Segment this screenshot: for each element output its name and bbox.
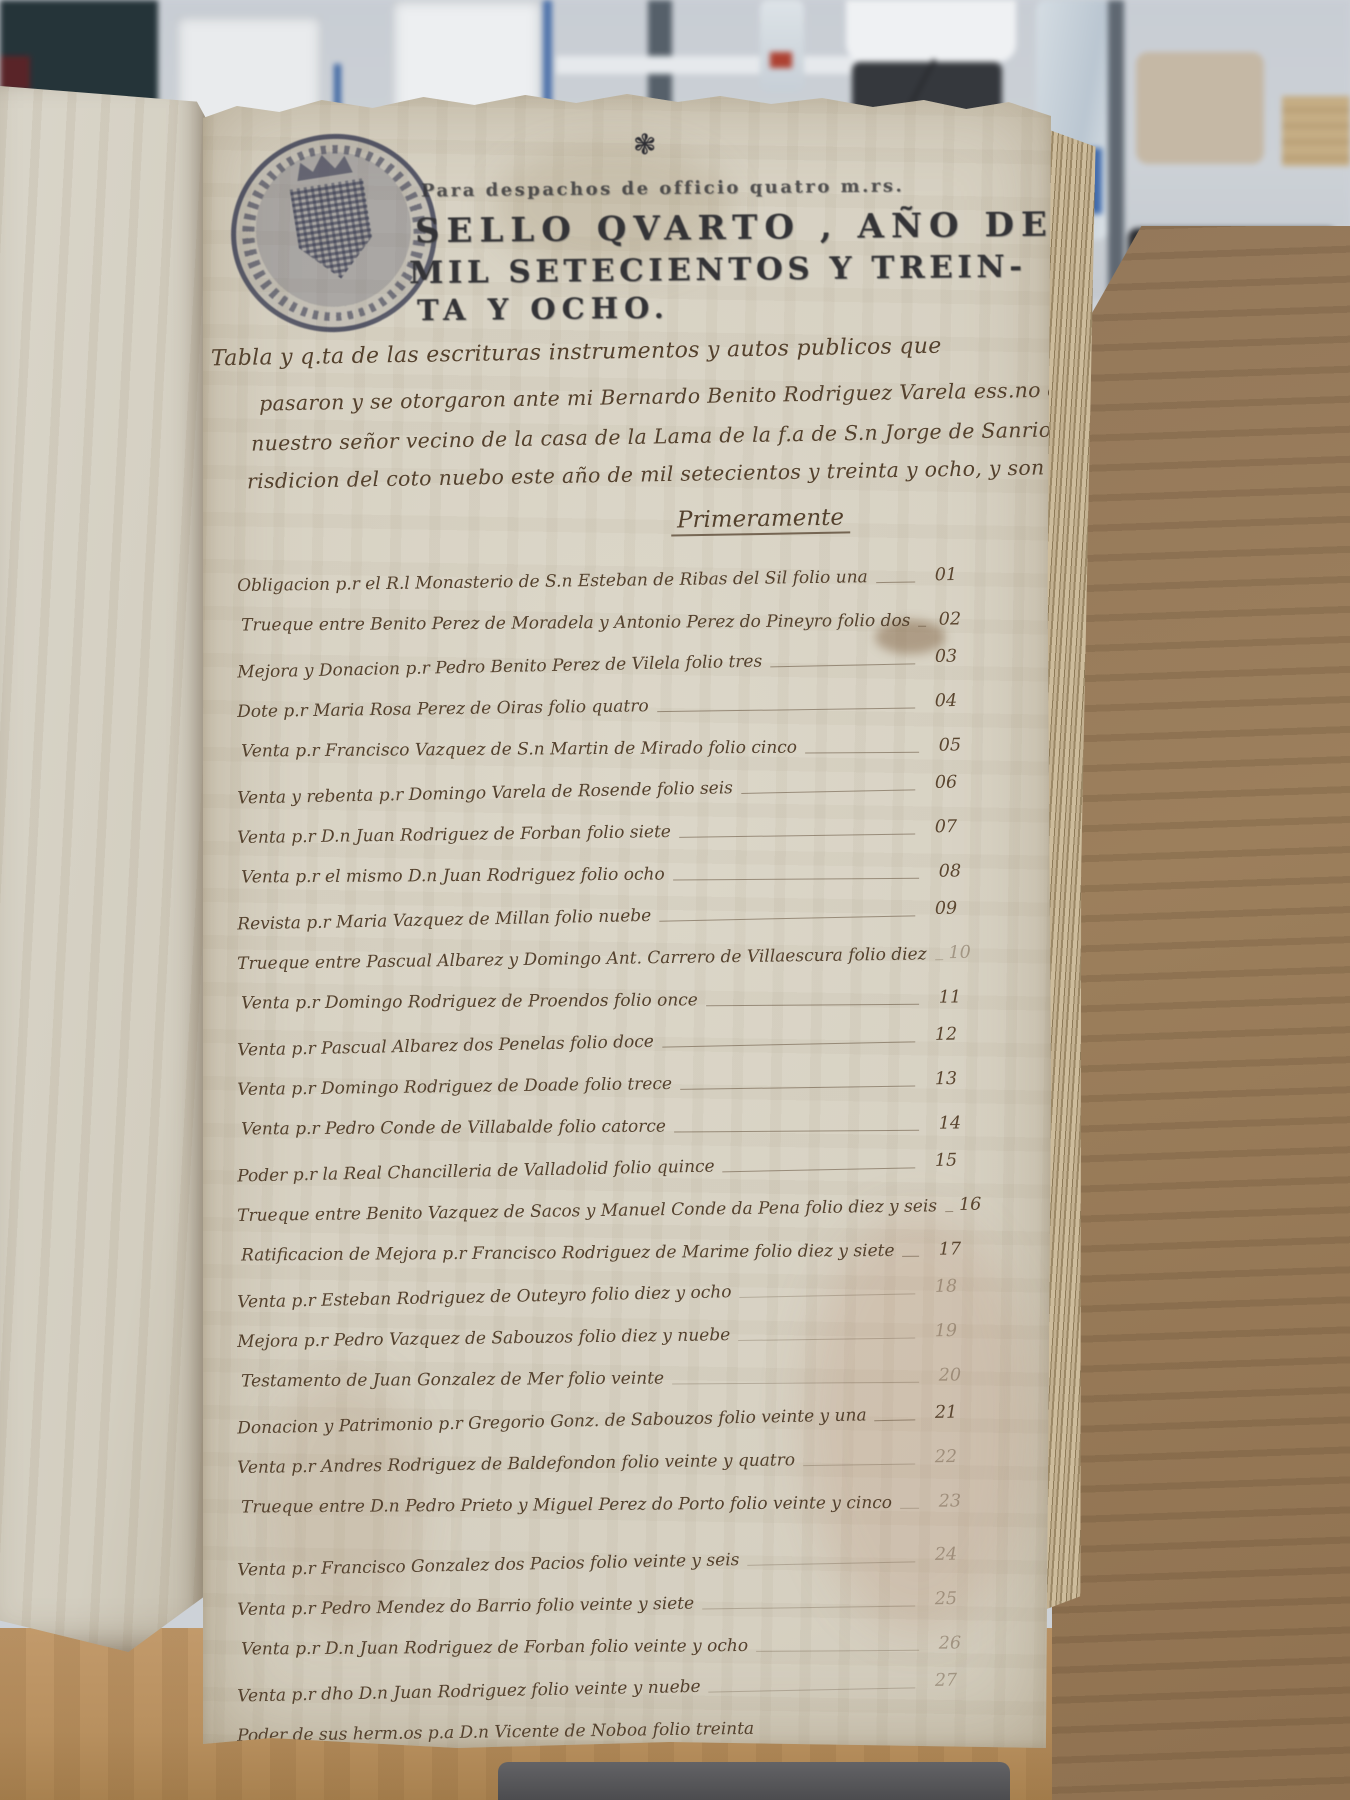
bottle-label — [770, 52, 792, 68]
folio-number: 10 — [948, 942, 971, 965]
table-edge — [556, 56, 866, 74]
index-row: Venta p.r Pedro Mendez do Barrio folio v… — [237, 1569, 958, 1621]
folio-number: 25 — [921, 1588, 957, 1611]
index-table: Obligacion p.r el R.l Monasterio de S.n … — [237, 550, 957, 1742]
leader-line — [770, 663, 915, 667]
folio-number: 19 — [921, 1320, 957, 1343]
folio-number: 18 — [921, 1276, 957, 1299]
white-drape — [846, 0, 1016, 62]
table-edge-bar — [498, 1762, 1010, 1800]
wood-slats — [1282, 96, 1350, 166]
section-heading: Primeramente — [671, 504, 851, 536]
folio-number: 13 — [921, 1068, 957, 1091]
printed-seal-title-line3: TA Y OCHO. — [417, 291, 670, 328]
leader-line — [723, 1167, 916, 1172]
leader-line — [740, 1293, 916, 1298]
glass-partition-frame — [1108, 0, 1124, 300]
index-entry-text: Venta p.r Pedro Conde de Villabalde foli… — [241, 1116, 666, 1140]
folio-number: 23 — [925, 1491, 961, 1514]
index-row: Trueque entre Pascual Albarez y Domingo … — [237, 923, 958, 975]
folio-number: 01 — [921, 564, 957, 587]
index-entry-text: Trueque entre D.n Pedro Prieto y Miguel … — [241, 1493, 892, 1519]
red-box — [0, 56, 30, 90]
leader-line — [876, 582, 915, 584]
folio-number: 27 — [921, 1670, 957, 1693]
index-row: Trueque entre D.n Pedro Prieto y Miguel … — [241, 1471, 961, 1518]
leader-line — [657, 708, 915, 713]
leader-line — [747, 1561, 915, 1566]
folio-number: 09 — [921, 898, 957, 921]
folio-number: 06 — [921, 772, 957, 795]
leader-line — [659, 915, 915, 921]
leader-line — [803, 1464, 915, 1467]
index-row: Dote p.r Maria Rosa Perez de Oiras folio… — [237, 671, 958, 723]
chair — [1136, 52, 1264, 164]
manuscript-page: ❃ Para despachos de officio quatro m.rs.… — [203, 92, 1051, 1748]
index-row: Trueque entre Benito Vazquez de Sacos y … — [237, 1175, 958, 1227]
index-entry-text: Testamento de Juan Gonzalez de Mer folio… — [241, 1368, 664, 1392]
index-row: Poder de sus herm.os p.a D.n Vicente de … — [237, 1695, 958, 1747]
folio-number: 04 — [921, 690, 957, 713]
leader-line — [709, 1687, 916, 1692]
leader-line — [741, 789, 915, 794]
leader-line — [679, 834, 915, 838]
wooden-board — [1052, 226, 1350, 1800]
folio-number: 22 — [921, 1446, 957, 1469]
folio-number: 03 — [921, 646, 957, 669]
folio-number: 07 — [921, 816, 957, 839]
intro-paragraph-line: pasaron y se otorgaron ante mi Bernardo … — [259, 376, 1128, 415]
leader-line — [662, 1041, 915, 1047]
printed-seal-title-line1: SELLO QVARTO , AÑO DE — [415, 205, 1054, 252]
intro-paragraph-line: Tabla y q.ta de las escrituras instrumen… — [211, 334, 942, 372]
cross-ornament-icon: ❃ — [633, 128, 656, 161]
index-row: Venta p.r Andres Rodriguez de Baldefondo… — [237, 1427, 958, 1479]
leader-line — [738, 1338, 915, 1341]
leader-line — [702, 1606, 915, 1610]
water-bottle — [760, 0, 804, 92]
index-row: Venta p.r Domingo Rodriguez de Doade fol… — [237, 1049, 958, 1101]
intro-paragraph-line: nuestro señor vecino de la casa de la La… — [251, 416, 1118, 455]
leader-line — [680, 1086, 915, 1090]
printed-tax-line: Para despachos de officio quatro m.rs. — [421, 175, 905, 201]
leader-line — [875, 1419, 916, 1421]
folio-number: 21 — [921, 1402, 957, 1425]
leader-line — [945, 1211, 953, 1212]
intro-paragraph-line: risdicion del coto nuebo este año de mil… — [247, 455, 1089, 494]
folio-number: 24 — [921, 1544, 957, 1567]
index-row: Venta p.r D.n Juan Rodriguez de Forban f… — [237, 797, 958, 849]
photo-scene: A.R. A.R. ❃ Para despachos — [0, 0, 1350, 1800]
index-row: Obligacion p.r el R.l Monasterio de S.n … — [237, 545, 958, 597]
printed-seal-title-line2: MIL SETECIENTOS Y TREIN- — [409, 249, 1027, 291]
folio-number: 16 — [959, 1194, 982, 1217]
folio-number: 15 — [921, 1150, 957, 1173]
index-row: Mejora p.r Pedro Vazquez de Sabouzos fol… — [237, 1301, 958, 1353]
folio-number: 12 — [921, 1024, 957, 1047]
index-entry-text: Venta p.r el mismo D.n Juan Rodriguez fo… — [241, 864, 665, 888]
facing-cover-edge — [0, 86, 214, 1652]
leader-line — [935, 959, 943, 960]
leader-line — [900, 1508, 919, 1509]
